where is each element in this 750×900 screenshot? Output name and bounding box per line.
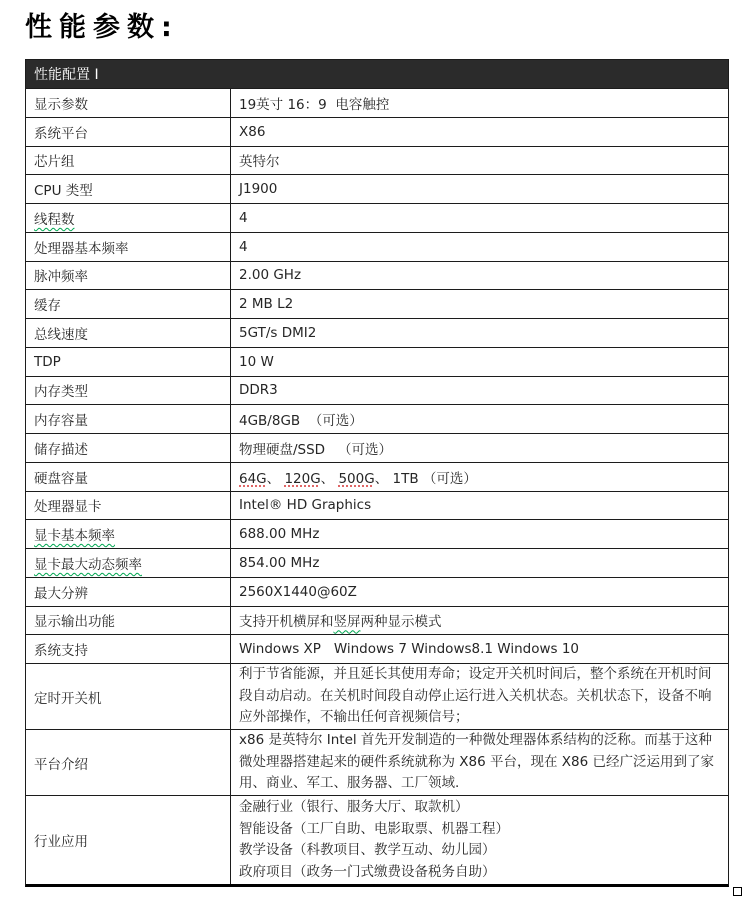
table-header-label: 性能配置 I	[34, 64, 99, 84]
spec-row: 最大分辨2560X1440@60Z	[26, 578, 728, 607]
spec-value: 5GT/s DMI2	[231, 319, 728, 347]
spec-row: 平台介绍x86 是英特尔 Intel 首先开发制造的一种微处理器体系结构的泛称。…	[26, 730, 728, 796]
spec-label: 行业应用	[26, 796, 231, 884]
page-title: 性能参数:	[25, 5, 179, 44]
spec-value: 英特尔	[231, 147, 728, 175]
spec-label: 缓存	[26, 290, 231, 318]
spec-row: 处理器基本频率4	[26, 233, 728, 262]
spec-row: 线程数4	[26, 204, 728, 233]
spec-label: 显卡基本频率	[26, 520, 231, 548]
spec-row: 硬盘容量64G、 120G、 500G、 1TB （可选）	[26, 463, 728, 492]
table-header: 性能配置 I	[26, 60, 728, 89]
spec-row: CPU 类型J1900	[26, 175, 728, 204]
spec-value: 4	[231, 233, 728, 261]
spec-row: 缓存2 MB L2	[26, 290, 728, 319]
spec-label: 处理器显卡	[26, 492, 231, 520]
spec-label: 硬盘容量	[26, 463, 231, 491]
spec-label: CPU 类型	[26, 175, 231, 203]
spec-value: 物理硬盘/SSD （可选）	[231, 434, 728, 462]
spec-label: 处理器基本频率	[26, 233, 231, 261]
spec-label: 线程数	[26, 204, 231, 232]
spec-value: 利于节省能源，并且延长其使用寿命；设定开关机时间后，整个系统在开机时间段自动启动…	[231, 664, 728, 729]
spec-label: 显示参数	[26, 89, 231, 117]
spec-row: 内存类型DDR3	[26, 377, 728, 406]
spec-value: 支持开机横屏和竖屏两种显示模式	[231, 607, 728, 635]
spec-value: 2.00 GHz	[231, 262, 728, 290]
spec-row: 行业应用金融行业（银行、服务大厅、取款机）智能设备（工厂自助、电影取票、机器工程…	[26, 796, 728, 884]
spec-value: DDR3	[231, 377, 728, 405]
spec-label: 芯片组	[26, 147, 231, 175]
spec-value: 688.00 MHz	[231, 520, 728, 548]
spec-row: 显卡基本频率688.00 MHz	[26, 520, 728, 549]
spec-value: x86 是英特尔 Intel 首先开发制造的一种微处理器体系结构的泛称。而基于这…	[231, 730, 728, 795]
spec-row: 内存容量4GB/8GB （可选）	[26, 405, 728, 434]
spec-row: 储存描述物理硬盘/SSD （可选）	[26, 434, 728, 463]
spec-value: Windows XP Windows 7 Windows8.1 Windows …	[231, 635, 728, 663]
spec-row: 脉冲频率2.00 GHz	[26, 262, 728, 291]
spec-row: 系统支持Windows XP Windows 7 Windows8.1 Wind…	[26, 635, 728, 664]
spec-row: 显示参数19英寸 16：9 电容触控	[26, 89, 728, 118]
spec-value: 854.00 MHz	[231, 549, 728, 577]
spec-row: 总线速度5GT/s DMI2	[26, 319, 728, 348]
spec-label: 定时开关机	[26, 664, 231, 729]
spec-label: 显卡最大动态频率	[26, 549, 231, 577]
spec-label: 最大分辨	[26, 578, 231, 606]
spec-row: TDP10 W	[26, 348, 728, 377]
spec-row: 芯片组英特尔	[26, 147, 728, 176]
spec-label: 储存描述	[26, 434, 231, 462]
spec-label: 显示输出功能	[26, 607, 231, 635]
spec-row: 定时开关机利于节省能源，并且延长其使用寿命；设定开关机时间后，整个系统在开机时间…	[26, 664, 728, 730]
table-resize-handle	[733, 887, 742, 896]
table-body: 显示参数19英寸 16：9 电容触控系统平台X86芯片组英特尔CPU 类型J19…	[26, 89, 728, 884]
spec-value: 4	[231, 204, 728, 232]
spec-label: 总线速度	[26, 319, 231, 347]
spec-value: 19英寸 16：9 电容触控	[231, 89, 728, 117]
spec-row: 处理器显卡Intel® HD Graphics	[26, 492, 728, 521]
spec-value: Intel® HD Graphics	[231, 492, 728, 520]
spec-value: 2560X1440@60Z	[231, 578, 728, 606]
spec-value: 2 MB L2	[231, 290, 728, 318]
spec-row: 显示输出功能支持开机横屏和竖屏两种显示模式	[26, 607, 728, 636]
spec-label: TDP	[26, 348, 231, 376]
spec-value: 4GB/8GB （可选）	[231, 405, 728, 433]
spec-label: 系统平台	[26, 118, 231, 146]
spec-value: J1900	[231, 175, 728, 203]
spec-value: 64G、 120G、 500G、 1TB （可选）	[231, 463, 728, 491]
spec-label: 内存类型	[26, 377, 231, 405]
spec-row: 系统平台X86	[26, 118, 728, 147]
spec-label: 内存容量	[26, 405, 231, 433]
spec-table: 性能配置 I 显示参数19英寸 16：9 电容触控系统平台X86芯片组英特尔CP…	[25, 59, 729, 887]
spec-label: 脉冲频率	[26, 262, 231, 290]
spec-row: 显卡最大动态频率854.00 MHz	[26, 549, 728, 578]
spec-value: 10 W	[231, 348, 728, 376]
spec-value: X86	[231, 118, 728, 146]
spec-label: 系统支持	[26, 635, 231, 663]
spec-label: 平台介绍	[26, 730, 231, 795]
spec-value: 金融行业（银行、服务大厅、取款机）智能设备（工厂自助、电影取票、机器工程）教学设…	[231, 796, 728, 884]
